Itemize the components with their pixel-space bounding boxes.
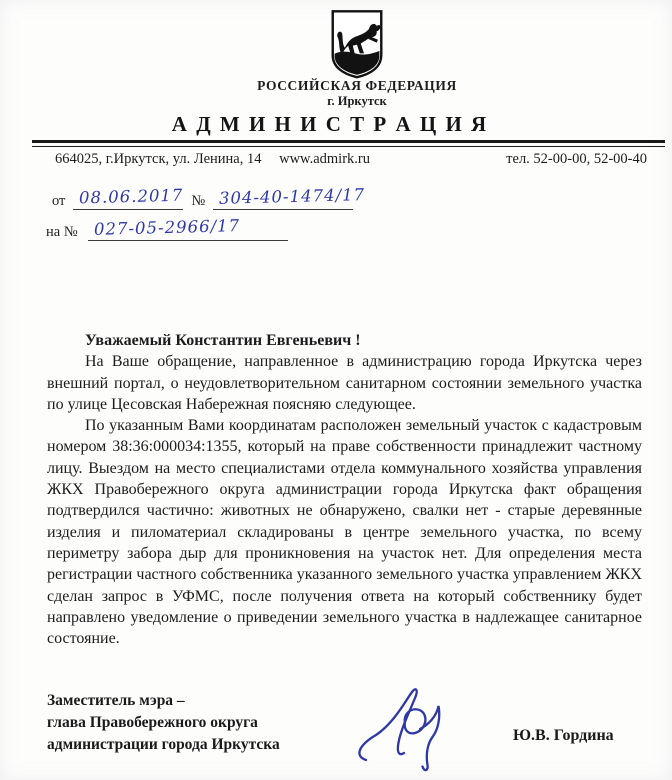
reference-incoming-row: на № 027-05-2966/17 xyxy=(46,220,288,241)
reference-outgoing-row: от 08.06.2017 № 304-40-1474/17 xyxy=(52,189,353,210)
signer-position-line: Заместитель мэра – xyxy=(47,690,280,712)
date-field: 08.06.2017 xyxy=(73,189,183,210)
signer-position-line: администрации города Иркутска xyxy=(47,734,280,756)
letterhead-address-line: 664025, г.Иркутск, ул. Ленина, 14 www.ad… xyxy=(55,151,370,168)
letterhead-website: www.admirk.ru xyxy=(279,151,370,167)
letterhead-country: РОССИЙСКАЯ ФЕДЕРАЦИЯ xyxy=(42,78,672,94)
handwritten-incoming-number: 027-05-2966/17 xyxy=(93,216,240,239)
handwritten-outgoing-number: 304-40-1474/17 xyxy=(219,185,366,208)
number-label: № xyxy=(191,193,205,209)
letterhead-city: г. Иркутск xyxy=(42,94,672,109)
handwritten-date: 08.06.2017 xyxy=(79,186,184,208)
incoming-number-field: 027-05-2966/17 xyxy=(88,220,288,241)
scanned-letter-page: РОССИЙСКАЯ ФЕДЕРАЦИЯ г. Иркутск А Д М И … xyxy=(0,0,672,780)
signer-position-block: Заместитель мэра – глава Правобережного … xyxy=(47,690,280,756)
reply-label: на № xyxy=(46,224,78,240)
irkutsk-coat-of-arms-icon xyxy=(329,8,385,80)
salutation: Уважаемый Константин Евгеньевич ! xyxy=(47,330,642,351)
outgoing-number-field: 304-40-1474/17 xyxy=(213,189,353,210)
paragraph-1: На Ваше обращение, направленное в админи… xyxy=(47,351,642,415)
letter-body: Уважаемый Константин Евгеньевич ! На Ваш… xyxy=(47,330,642,649)
letterhead-org-title: А Д М И Н И С Т Р А Ц И Я xyxy=(0,112,660,137)
letterhead-address: 664025, г.Иркутск, ул. Ленина, 14 xyxy=(55,151,261,167)
letterhead-divider xyxy=(32,140,665,147)
letterhead-phone: тел. 52-00-00, 52-00-40 xyxy=(506,151,647,168)
paragraph-2: По указанным Вами координатам расположен… xyxy=(47,415,642,649)
handwritten-signature-icon xyxy=(348,680,466,778)
signer-name: Ю.В. Гордина xyxy=(513,727,614,745)
from-label: от xyxy=(52,193,65,209)
signer-position-line: глава Правобережного округа xyxy=(47,712,280,734)
